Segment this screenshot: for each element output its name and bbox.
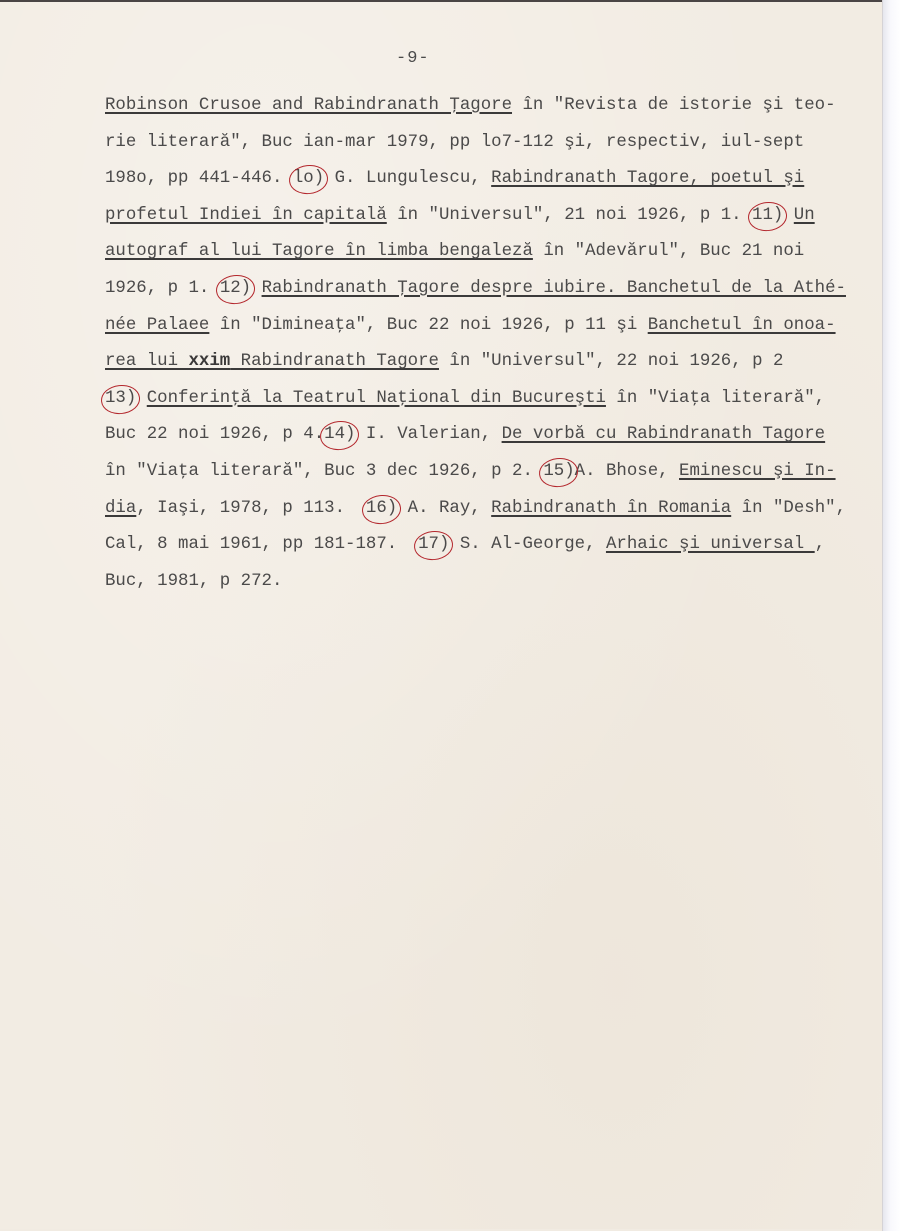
footnote-number: 11) — [752, 198, 783, 235]
underlined-title: Conferinţă la Teatrul Naţional din Bucur… — [147, 389, 606, 408]
footnote-number: 12) — [220, 271, 251, 308]
text-line: Buc, 1981, p 272. — [105, 564, 875, 601]
text-segment: 198o, pp 441-446. — [105, 169, 293, 188]
text-segment: în "Desh", — [731, 499, 846, 518]
text-line: Buc 22 noi 1926, p 4.14) I. Valerian, De… — [105, 417, 875, 454]
text-segment: în "Universul", 22 noi 1926, p 2 — [439, 352, 783, 371]
footnote-number: 14) — [324, 417, 355, 454]
underlined-title: Rabindranath Ţagore despre iubire. Banch… — [262, 279, 846, 298]
underlined-title: De vorbă cu Rabindranath Tagore — [502, 425, 826, 444]
underlined-title: née Palaee — [105, 316, 209, 335]
text-line: dia, Iaşi, 1978, p 113. 16) A. Ray, Rabi… — [105, 491, 875, 528]
text-line: Cal, 8 mai 1961, pp 181-187. 17) S. Al-G… — [105, 527, 875, 564]
text-segment: G. Lungulescu, — [324, 169, 491, 188]
underlined-title: profetul Indiei în capitală — [105, 206, 387, 225]
underlined-title: Un — [794, 206, 815, 225]
footnote-number: 13) — [105, 381, 136, 418]
text-segment: Cal, 8 mai 1961, pp 181-187. — [105, 535, 418, 554]
text-line: rea lui xxim Rabindranath Tagore în "Uni… — [105, 344, 875, 381]
underlined-title: Rabindranath Tagore, poetul şi — [491, 169, 804, 188]
text-segment: A. Ray, — [397, 499, 491, 518]
footnote-number: lo) — [293, 161, 324, 198]
footnote-number: 17) — [418, 527, 449, 564]
text-segment: în "Viaţa literară", Buc 3 dec 1926, p 2… — [105, 462, 543, 481]
text-line: autograf al lui Tagore în limba bengalez… — [105, 234, 875, 271]
text-line: Robinson Crusoe and Rabindranath Ţagore … — [105, 88, 875, 125]
underlined-title: Robinson Crusoe and Rabindranath Ţagore — [105, 96, 512, 115]
footnotes-text: Robinson Crusoe and Rabindranath Ţagore … — [105, 88, 875, 600]
text-segment: în "Revista de istorie şi teo- — [512, 96, 836, 115]
text-segment: în "Universul", 21 noi 1926, p 1. — [387, 206, 752, 225]
underlined-title: xxim — [189, 352, 231, 371]
page-number: -9- — [396, 49, 430, 68]
text-line: profetul Indiei în capitală în "Universu… — [105, 198, 875, 235]
underlined-title: Rabindranath în Romania — [491, 499, 731, 518]
underlined-title: Rabindranath Tagore — [230, 352, 439, 371]
text-segment: în "Dimineaţa", Buc 22 noi 1926, p 11 şi — [209, 316, 647, 335]
text-line: 1926, p 1. 12) Rabindranath Ţagore despr… — [105, 271, 875, 308]
text-line: în "Viaţa literară", Buc 3 dec 1926, p 2… — [105, 454, 875, 491]
text-segment: I. Valerian, — [355, 425, 501, 444]
underlined-title: Banchetul în onoa- — [648, 316, 836, 335]
text-line: 13) Conferinţă la Teatrul Naţional din B… — [105, 381, 875, 418]
text-line: rie literară", Buc ian-mar 1979, pp lo7-… — [105, 125, 875, 162]
footnote-number: 15) — [543, 454, 574, 491]
text-line: née Palaee în "Dimineaţa", Buc 22 noi 19… — [105, 308, 875, 345]
footnote-number: 16) — [366, 491, 397, 528]
text-segment: S. Al-George, — [449, 535, 606, 554]
underlined-title: Arhaic şi universal — [606, 535, 815, 554]
text-segment: Buc, 1981, p 272. — [105, 572, 282, 591]
text-segment: 1926, p 1. — [105, 279, 220, 298]
text-segment: Buc 22 noi 1926, p 4. — [105, 425, 324, 444]
underlined-title: rea lui — [105, 352, 189, 371]
text-segment: A. Bhose, — [575, 462, 679, 481]
text-segment: în "Viaţa literară", — [606, 389, 825, 408]
underlined-title: autograf al lui Tagore în limba bengalez… — [105, 242, 533, 261]
underlined-title: Eminescu şi In- — [679, 462, 836, 481]
text-segment: rie literară", Buc ian-mar 1979, pp lo7-… — [105, 133, 804, 152]
scan-top-edge — [0, 0, 900, 2]
text-segment: în "Adevărul", Buc 21 noi — [533, 242, 804, 261]
underlined-title: dia — [105, 499, 136, 518]
text-segment: , Iaşi, 1978, p 113. — [136, 499, 366, 518]
text-line: 198o, pp 441-446. lo) G. Lungulescu, Rab… — [105, 161, 875, 198]
text-segment: , — [815, 535, 825, 554]
paper-right-edge — [882, 0, 900, 1231]
